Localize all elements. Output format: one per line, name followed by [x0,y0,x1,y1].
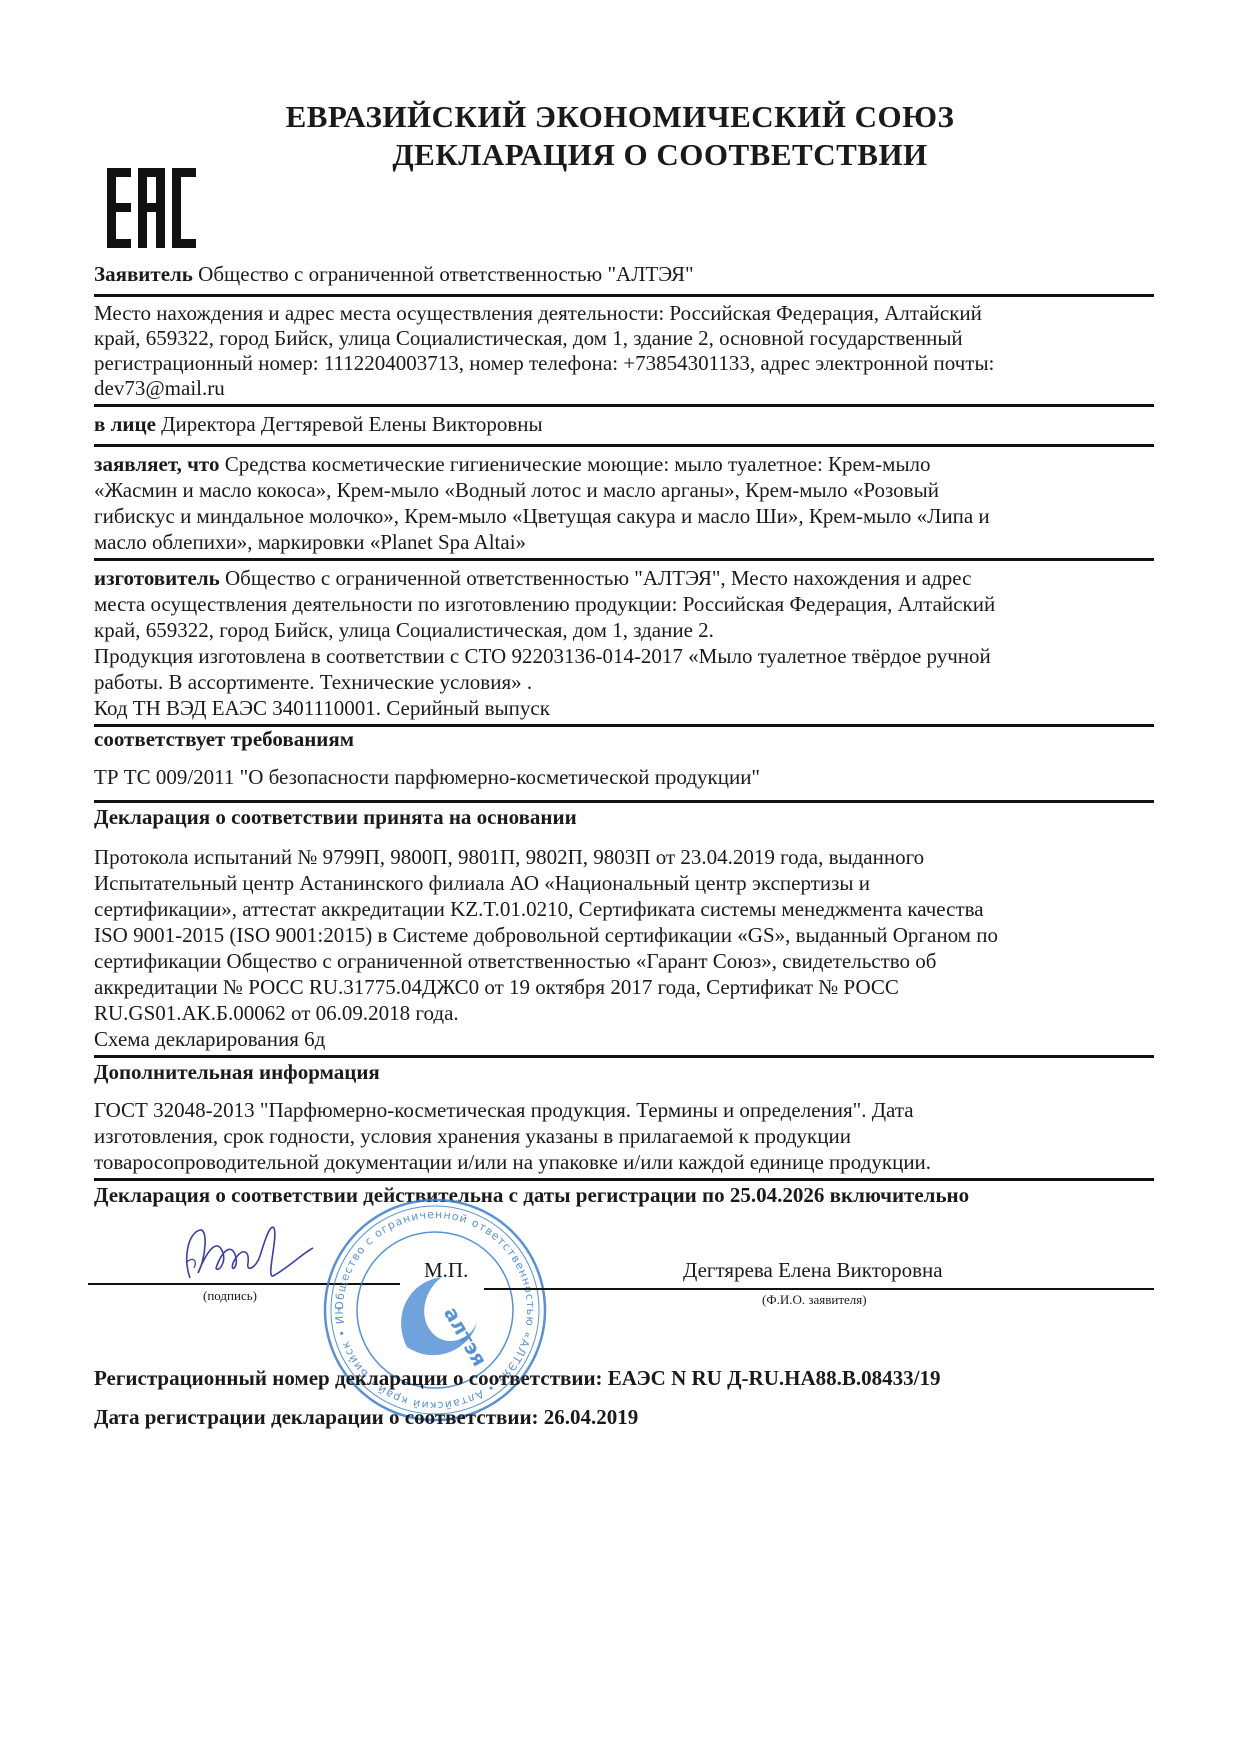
name-line [484,1288,1154,1290]
basis-label-text: Декларация о соответствии принята на осн… [94,805,577,829]
conforms-label-text: соответствует требованиям [94,727,354,751]
declares-label: заявляет, что [94,452,219,476]
svg-text:алтэя: алтэя [439,1303,492,1371]
signature-icon [178,1218,318,1288]
manufacturer-label: изготовитель [94,566,220,590]
stamp-place-label: М.П. [424,1258,468,1283]
additional-label: Дополнительная информация [94,1060,380,1086]
represented-row: в лице Директора Дегтяревой Елены Виктор… [94,412,543,438]
union-title: ЕВРАЗИЙСКИЙ ЭКОНОМИЧЕСКИЙ СОЮЗ [0,98,1240,136]
declares-line: «Жасмин и масло кокоса», Крем-мыло «Водн… [94,478,939,504]
additional-label-text: Дополнительная информация [94,1060,380,1084]
manufacturer-line: места осуществления деятельности по изго… [94,592,995,618]
registration-number: Регистрационный номер декларации о соотв… [94,1366,940,1392]
basis-line: RU.GS01.АК.Б.00062 от 06.09.2018 года. [94,1001,459,1027]
applicant-value: Общество с ограниченной ответственностью… [198,262,693,286]
declares-line: Средства косметические гигиенические мою… [225,452,931,476]
signature-caption: (подпись) [203,1288,257,1304]
divider [94,1055,1154,1058]
basis-label: Декларация о соответствии принята на осн… [94,805,577,831]
scheme-line: Схема декларирования 6д [94,1027,325,1053]
manufacturer-line: работы. В ассортименте. Технические усло… [94,670,532,696]
registration-date: Дата регистрации декларации о соответств… [94,1405,638,1431]
eac-mark-icon [107,168,197,248]
basis-line: Испытательный центр Астанинского филиала… [94,871,870,897]
additional-line: ГОСТ 32048-2013 "Парфюмерно-косметическа… [94,1098,914,1124]
regulation-value: ТР ТС 009/2011 "О безопасности парфюмерн… [94,765,760,791]
conforms-label: соответствует требованиям [94,727,354,753]
declares-row: заявляет, что Средства косметические гиг… [94,452,931,478]
divider [94,444,1154,447]
additional-line: изготовления, срок годности, условия хра… [94,1124,851,1150]
divider [94,1178,1154,1181]
basis-line: аккредитации № РОСС RU.31775.04ДЖС0 от 1… [94,975,899,1001]
applicant-label: Заявитель [94,262,193,286]
hs-code-line: Код ТН ВЭД ЕАЭС 3401110001. Серийный вып… [94,696,550,722]
registration-number-text: Регистрационный номер декларации о соотв… [94,1366,940,1390]
divider [94,404,1154,407]
represented-label: в лице [94,412,156,436]
address-line: регистрационный номер: 1112204003713, но… [94,351,994,377]
divider [94,558,1154,561]
applicant-row: Заявитель Общество с ограниченной ответс… [94,262,694,288]
basis-line: сертификации», аттестат аккредитации KZ.… [94,897,984,923]
address-email: dev73@mail.ru [94,376,225,402]
declares-line: гибискус и миндальное молочко», Крем-мыл… [94,504,990,530]
declares-line: масло облепихи», маркировки «Planet Spa … [94,530,526,556]
divider [94,800,1154,803]
divider [94,294,1154,297]
name-caption: (Ф.И.О. заявителя) [762,1292,867,1308]
represented-value: Директора Дегтяревой Елены Викторовны [161,412,543,436]
applicant-full-name: Дегтярева Елена Викторовна [683,1258,943,1283]
registration-date-text: Дата регистрации декларации о соответств… [94,1405,638,1429]
basis-line: ISO 9001-2015 (ISO 9001:2015) в Системе … [94,923,998,949]
additional-line: товаросопроводительной документации и/ил… [94,1150,931,1176]
address-line: край, 659322, город Бийск, улица Социали… [94,326,963,352]
manufacturer-line: Общество с ограниченной ответственностью… [225,566,971,590]
basis-line: Протокола испытаний № 9799П, 9800П, 9801… [94,845,924,871]
address-line: Место нахождения и адрес места осуществл… [94,301,982,327]
manufacturer-row: изготовитель Общество с ограниченной отв… [94,566,971,592]
basis-line: сертификации Общество с ограниченной отв… [94,949,937,975]
document-title: ДЕКЛАРАЦИЯ О СООТВЕТСТВИИ [40,136,1240,174]
manufacturer-line: край, 659322, город Бийск, улица Социали… [94,618,714,644]
manufacturer-line: Продукция изготовлена в соответствии с С… [94,644,991,670]
